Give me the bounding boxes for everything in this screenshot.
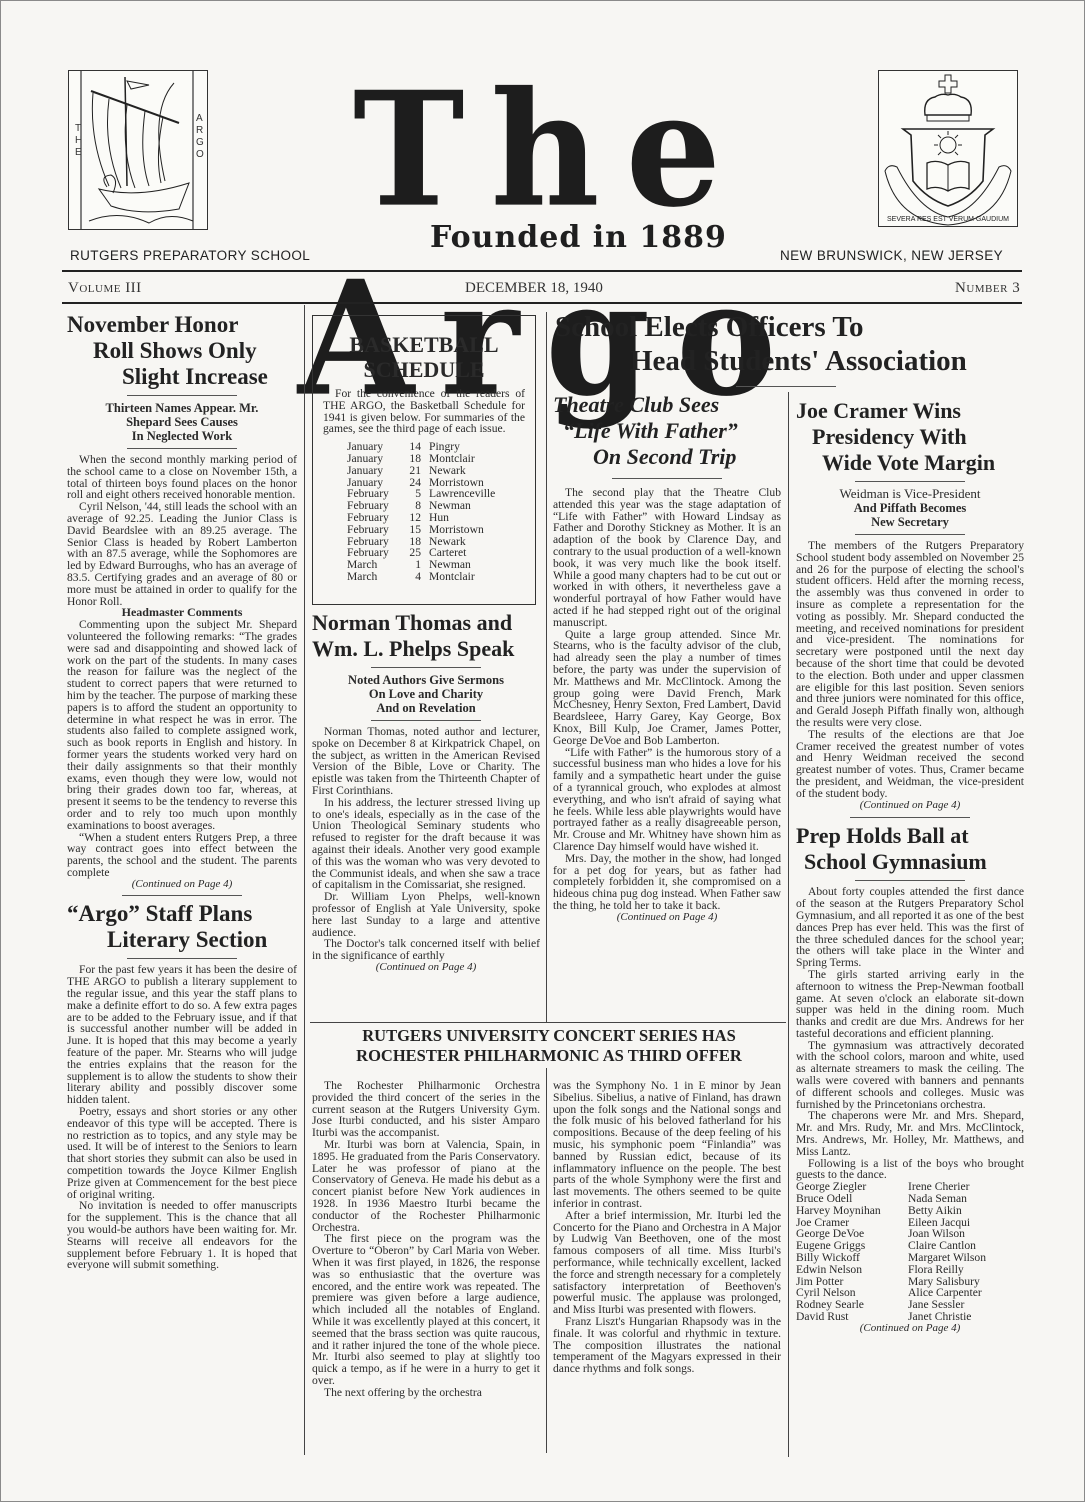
divider (127, 395, 237, 396)
divider (371, 720, 481, 721)
concert-article-col2: was the Symphony No. 1 in E minor by Jea… (553, 1080, 781, 1375)
game-opponent: Hun (429, 512, 495, 524)
divider (127, 958, 237, 959)
continued-link[interactable]: (Continued on Page 4) (796, 1323, 1024, 1335)
guest-row: Edwin NelsonFlora Reilly (796, 1264, 1024, 1276)
honor-roll-article: November Honor Roll Shows Only Slight In… (67, 312, 297, 1271)
basketball-title: BASKETBALL SCHEDULE (313, 332, 535, 382)
svg-text:H: H (75, 135, 82, 146)
concert-article-col1: The Rochester Philharmonic Orchestra pro… (312, 1080, 540, 1399)
paragraph: The Doctor's talk concerned itself with … (312, 938, 540, 962)
paragraph: In his address, the lecturer stressed li… (312, 797, 540, 891)
subheadline: Weidman is Vice-President And Piffath Be… (796, 487, 1024, 529)
paragraph: The members of the Rutgers Preparatory S… (796, 540, 1024, 729)
game-month: February (347, 512, 403, 524)
school-location: NEW BRUNSWICK, NEW JERSEY (780, 248, 1003, 263)
paragraph: Cyril Nelson, '44, still leads the schoo… (67, 501, 297, 607)
guest-name: Betty Aikin (908, 1205, 1024, 1217)
paragraph: Mrs. Day, the mother in the show, had lo… (553, 853, 781, 912)
paragraph: The Rochester Philharmonic Orchestra pro… (312, 1080, 540, 1139)
game-month: January (347, 465, 403, 477)
masthead-rule (62, 270, 1022, 272)
continued-link[interactable]: (Continued on Page 4) (796, 800, 1024, 812)
paragraph: was the Symphony No. 1 in E minor by Jea… (553, 1080, 781, 1210)
svg-text:E: E (75, 147, 82, 158)
schedule-row: February15Morristown (347, 524, 495, 536)
game-month: March (347, 571, 403, 583)
divider (122, 895, 242, 896)
schedule-row: January21Newark (347, 465, 495, 477)
school-name: RUTGERS PREPARATORY SCHOOL (70, 248, 310, 263)
paragraph: Norman Thomas, noted author and lecturer… (312, 726, 540, 797)
game-month: February (347, 524, 403, 536)
column-divider (546, 1068, 547, 1453)
paragraph: The girls started arriving early in the … (796, 969, 1024, 1040)
paragraph: Dr. William Lyon Phelps, well-known prof… (312, 891, 540, 938)
divider (855, 481, 965, 482)
thomas-phelps-article: Norman Thomas and Wm. L. Phelps Speak No… (312, 610, 540, 974)
issue-date: DECEMBER 18, 1940 (465, 280, 603, 297)
game-opponent: Morristown (429, 524, 495, 536)
divider (612, 478, 722, 479)
founded-line: Founded in 1889 (430, 220, 730, 255)
cramer-article: Joe Cramer Wins Presidency With Wide Vot… (796, 398, 1024, 1335)
game-opponent: Montclair (429, 453, 495, 465)
paragraph: Franz Liszt's Hungarian Rhapsody was in … (553, 1316, 781, 1375)
paragraph: The chaperons were Mr. and Mrs. Shepard,… (796, 1110, 1024, 1157)
divider (855, 880, 965, 881)
game-opponent: Newark (429, 465, 495, 477)
basketball-intro: For the convenience of the readers of TH… (313, 382, 535, 435)
ship-icon: T H E A R G O (69, 71, 207, 229)
paragraph: “When a student enters Rutgers Prep, a t… (67, 832, 297, 879)
game-day: 12 (403, 512, 429, 524)
game-month: January (347, 453, 403, 465)
schedule-row: February12Hun (347, 512, 495, 524)
paragraph: Mr. Iturbi was born at Valencia, Spain, … (312, 1139, 540, 1233)
paragraph: The results of the elections are that Jo… (796, 729, 1024, 800)
continued-link[interactable]: (Continued on Page 4) (67, 879, 297, 891)
game-day: 15 (403, 524, 429, 536)
game-day: 4 (403, 571, 429, 583)
paragraph: The next offering by the orchestra (312, 1387, 540, 1399)
paragraph: After a brief intermission, Mr. Iturbi l… (553, 1210, 781, 1316)
dateline-rule (62, 302, 1022, 304)
schedule-table: January14PingryJanuary18MontclairJanuary… (347, 441, 495, 583)
basketball-schedule-box: BASKETBALL SCHEDULE For the convenience … (312, 315, 536, 605)
svg-text:O: O (196, 149, 204, 160)
column-divider (788, 392, 789, 1457)
game-day: 21 (403, 465, 429, 477)
paragraph: Commenting upon the subject Mr. Shepard … (67, 619, 297, 831)
crest-logo: SEVERA RES EST VERUM GAUDIUM (878, 70, 1018, 227)
schedule-row: January18Montclair (347, 453, 495, 465)
masthead: T H E A R G O The Argo Founded in 1889 (60, 60, 1025, 290)
elections-banner-headline: School Elects Officers To Head Students'… (555, 310, 1025, 378)
boy-name: Edwin Nelson (796, 1264, 908, 1276)
subheadline: Noted Authors Give Sermons On Love and C… (312, 673, 540, 715)
svg-text:R: R (196, 125, 203, 136)
paragraph: The second play that the Theatre Club at… (553, 487, 781, 629)
ball-headline: Prep Holds Ball at School Gymnasium (796, 823, 1024, 875)
schedule-row: March4Montclair (347, 571, 495, 583)
column-divider (304, 305, 305, 1455)
headline: Theatre Club Sees “Life With Father” On … (553, 392, 781, 470)
divider (127, 448, 237, 449)
svg-text:SEVERA RES EST VERUM GAUDIUM: SEVERA RES EST VERUM GAUDIUM (887, 216, 1009, 223)
continued-link[interactable]: (Continued on Page 4) (553, 912, 781, 924)
paragraph: The gymnasium was attractively decorated… (796, 1040, 1024, 1111)
divider (371, 667, 481, 668)
paragraph: About forty couples attended the first d… (796, 886, 1024, 969)
headline: Norman Thomas and Wm. L. Phelps Speak (312, 610, 540, 662)
boy-name: Harvey Moynihan (796, 1205, 908, 1217)
column-divider (546, 312, 547, 1022)
guest-row: Harvey MoynihanBetty Aikin (796, 1205, 1024, 1217)
subheadline: Thirteen Names Appear. Mr. Shepard Sees … (67, 401, 297, 443)
game-opponent: Montclair (429, 571, 495, 583)
paragraph: No invitation is needed to offer manuscr… (67, 1200, 297, 1271)
divider (310, 1022, 786, 1023)
paragraph: Quite a large group attended. Since Mr. … (553, 629, 781, 747)
paragraph: The first piece on the program was the O… (312, 1233, 540, 1386)
continued-link[interactable]: (Continued on Page 4) (312, 962, 540, 974)
svg-text:G: G (196, 137, 204, 148)
svg-text:T: T (75, 123, 81, 134)
svg-text:A: A (196, 113, 203, 124)
game-day: 18 (403, 453, 429, 465)
paragraph: When the second monthly marking period o… (67, 454, 297, 501)
literary-headline: “Argo” Staff Plans Literary Section (67, 901, 297, 953)
paragraph: For the past few years it has been the d… (67, 964, 297, 1106)
newspaper-title: The Argo (225, 56, 875, 245)
crest-icon: SEVERA RES EST VERUM GAUDIUM (879, 71, 1017, 226)
theatre-article: Theatre Club Sees “Life With Father” On … (553, 392, 781, 923)
headline: November Honor Roll Shows Only Slight In… (67, 312, 297, 390)
guest-list: George ZieglerIrene CherierBruce OdellNa… (796, 1181, 1024, 1323)
concert-headline: RUTGERS UNIVERSITY CONCERT SERIES HAS RO… (312, 1026, 786, 1066)
volume-label: Volume III (68, 280, 142, 297)
issue-number: Number 3 (955, 280, 1020, 297)
headline: Joe Cramer Wins Presidency With Wide Vot… (796, 398, 1024, 476)
divider (855, 534, 965, 535)
guest-name: Flora Reilly (908, 1264, 1024, 1276)
ship-logo: T H E A R G O (68, 70, 208, 230)
divider (850, 817, 970, 818)
paragraph: Poetry, essays and short stories or any … (67, 1106, 297, 1200)
paragraph: “Life with Father” is the humorous story… (553, 747, 781, 853)
divider (736, 386, 836, 387)
paragraph: Following is a list of the boys who brou… (796, 1158, 1024, 1182)
